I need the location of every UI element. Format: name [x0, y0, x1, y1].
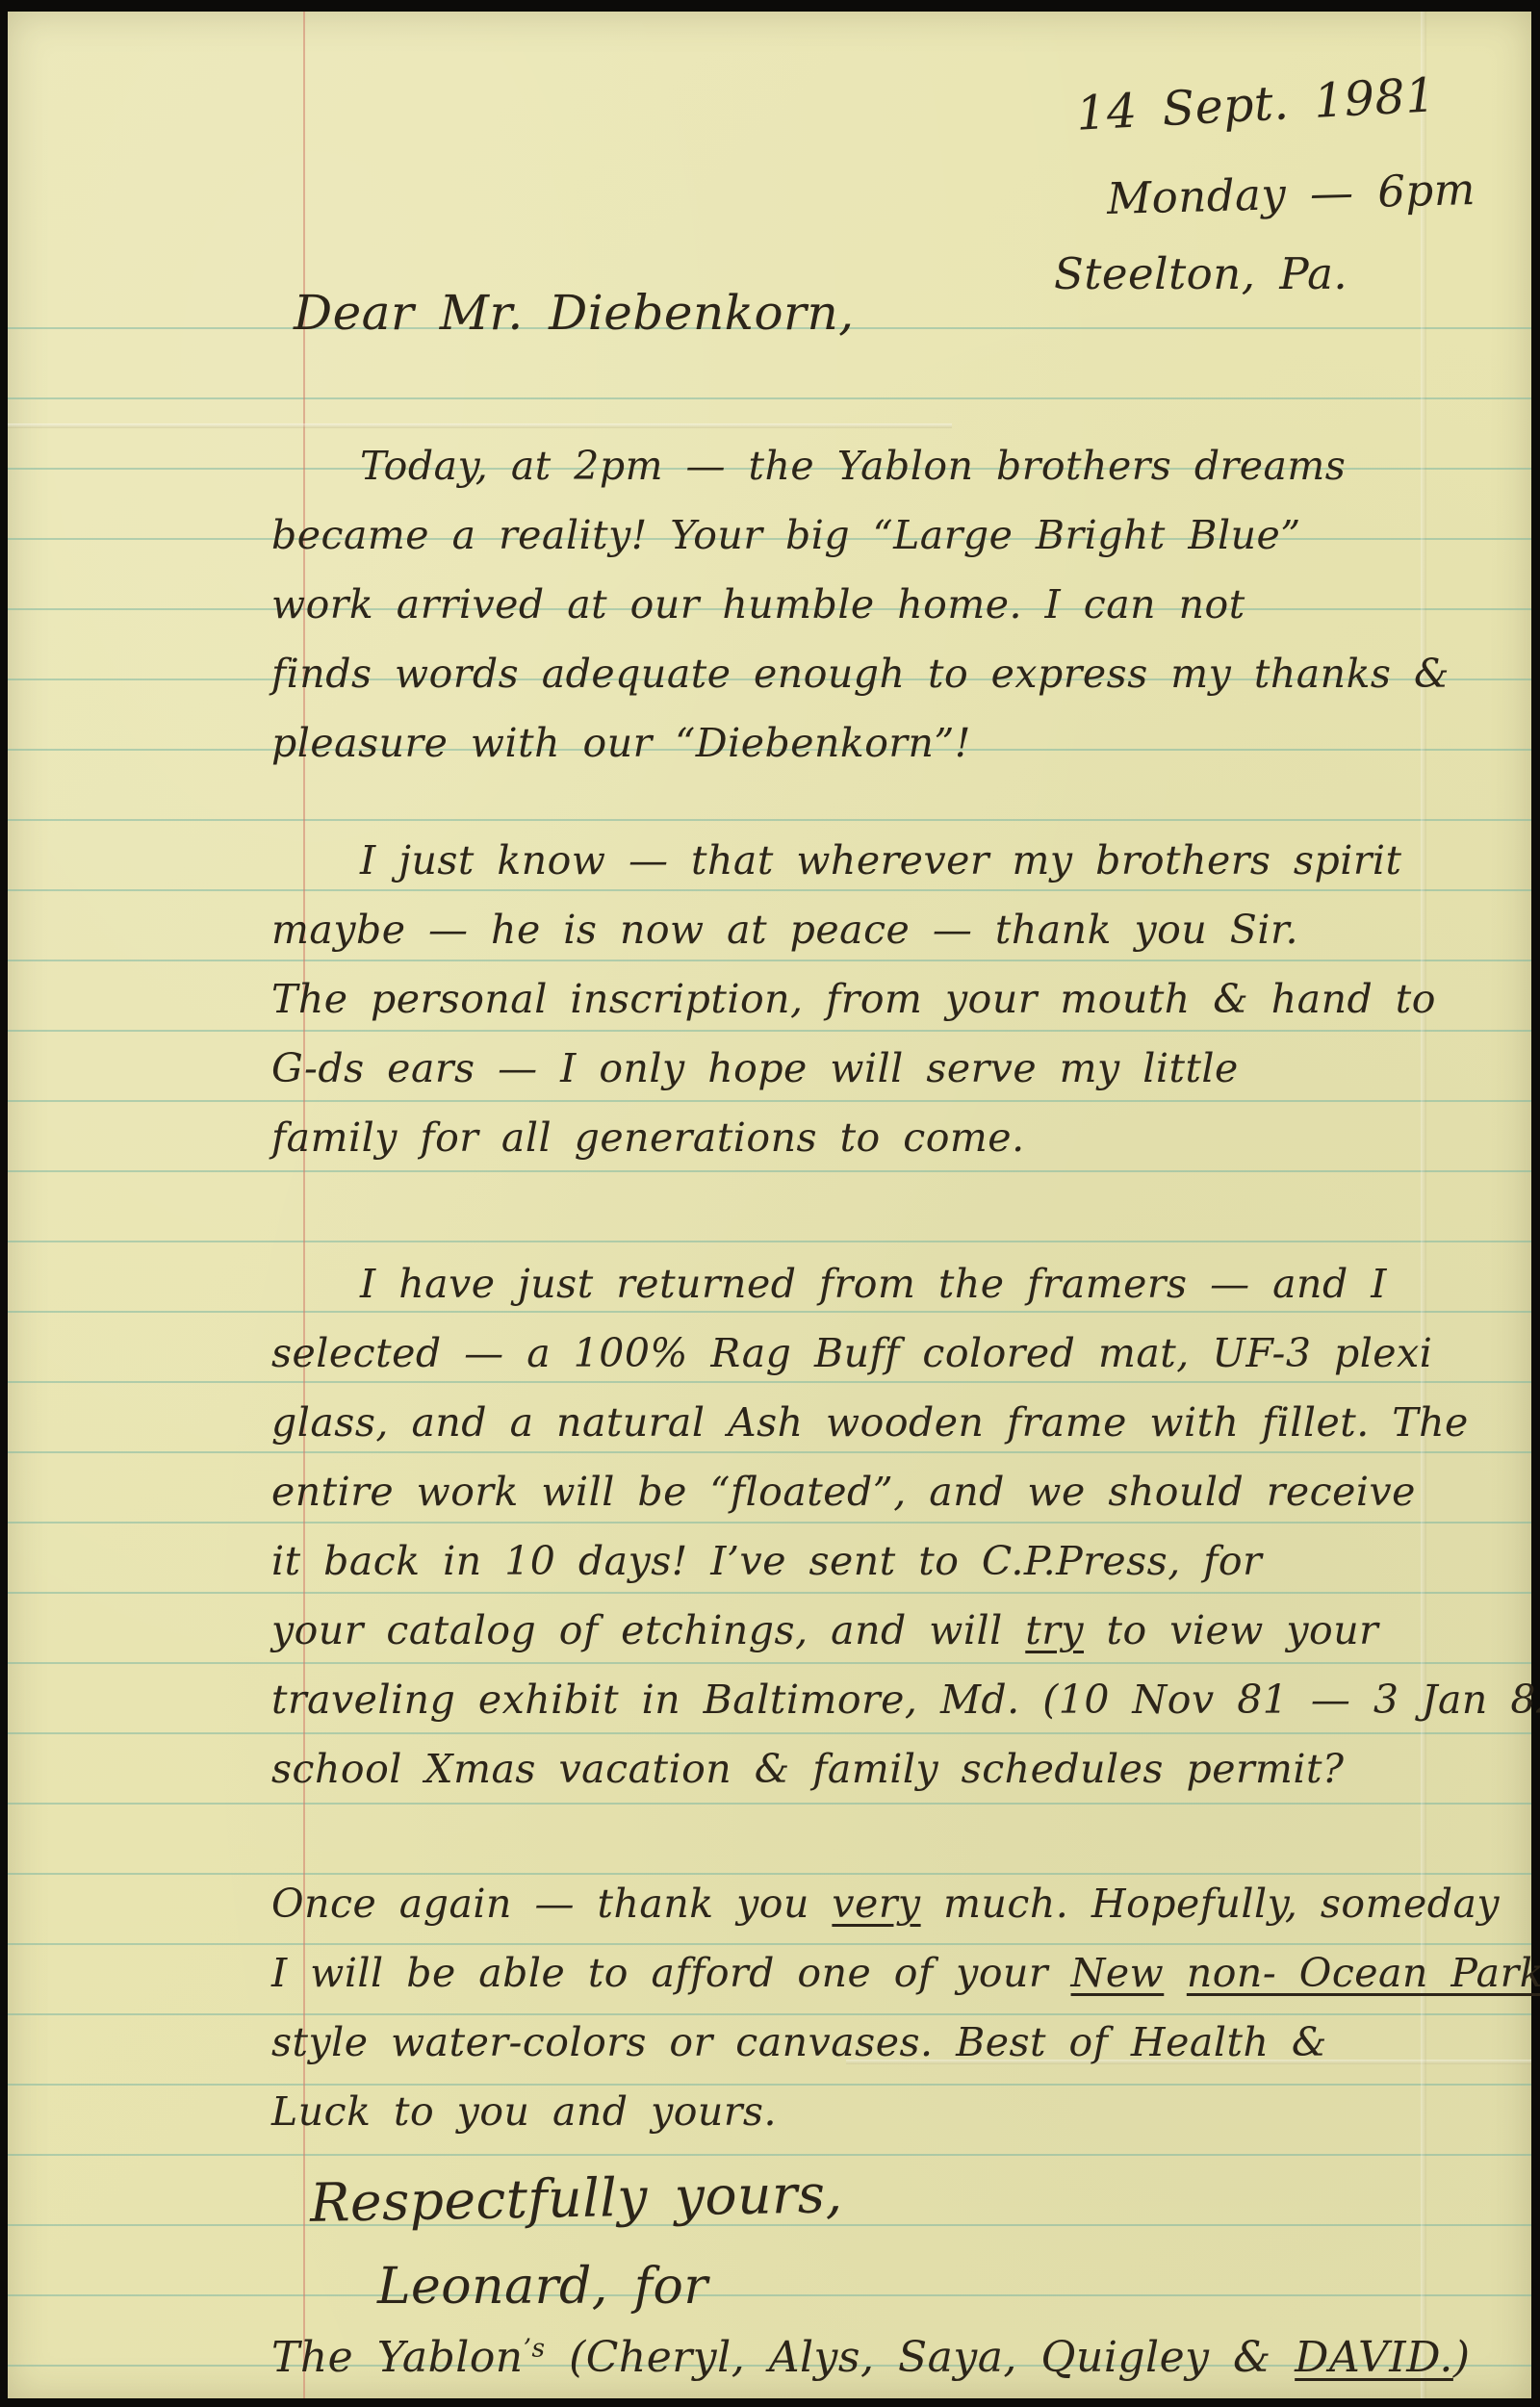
dateline-day-time: Monday — 6pm — [1106, 164, 1476, 224]
letter-line: I just know — that wherever my brothers … — [271, 826, 1436, 895]
text-run: Respectfully yours, — [309, 2163, 843, 2234]
text-run: I have just returned from the framers — … — [360, 1261, 1387, 1307]
letter-line: Once again — thank you very much. Hopefu… — [271, 1869, 1540, 1938]
letter-line: it back in 10 days! I’ve sent to C.P.Pre… — [271, 1526, 1540, 1596]
letter-line: I will be able to afford one of your New… — [271, 1938, 1540, 2008]
letter-line: Luck to you and yours. — [271, 2077, 1540, 2146]
letter-line: style water-colors or canvases. Best of … — [271, 2008, 1540, 2077]
text-run — [1164, 1950, 1187, 1996]
paragraph-3: I have just returned from the framers — … — [271, 1249, 1540, 1804]
text-run: entire work will be “floated”, and we sh… — [271, 1469, 1416, 1515]
text-run: maybe — he is now at peace — thank you S… — [271, 907, 1298, 953]
underlined-text: very — [832, 1881, 920, 1927]
text-run: Luck to you and yours. — [271, 2088, 777, 2135]
text-run: I just know — that wherever my brothers … — [360, 837, 1402, 883]
letter-line: traveling exhibit in Baltimore, Md. (10 … — [271, 1665, 1540, 1734]
letter-line: maybe — he is now at peace — thank you S… — [271, 895, 1436, 964]
letter-line: finds words adequate enough to express m… — [271, 639, 1450, 708]
text-run: much. Hopefully, someday — [921, 1881, 1501, 1927]
text-run: became a reality! Your big “Large Bright… — [271, 512, 1301, 558]
paragraph-4: Once again — thank you very much. Hopefu… — [271, 1869, 1540, 2146]
text-run: finds words adequate enough to express m… — [271, 651, 1450, 697]
letter-line: The personal inscription, from your mout… — [271, 964, 1436, 1034]
text-run: traveling exhibit in Baltimore, Md. (10 … — [271, 1677, 1540, 1723]
underlined-text: New — [1071, 1950, 1165, 1996]
underlined-text: DAVID. — [1295, 2333, 1453, 2382]
letter-line: became a reality! Your big “Large Bright… — [271, 500, 1450, 570]
paragraph-2: I just know — that wherever my brothers … — [271, 826, 1436, 1172]
letter-line: work arrived at our humble home. I can n… — [271, 570, 1450, 639]
closing-family-names: The Yablon’s (Cheryl, Alys, Saya, Quigle… — [271, 2333, 1471, 2382]
text-run: Once again — thank you — [271, 1881, 832, 1927]
text-run: work arrived at our humble home. I can n… — [271, 581, 1245, 627]
text-run: I will be able to afford one of your — [271, 1950, 1071, 1996]
text-run: ’s — [524, 2333, 546, 2363]
letter-line: Today, at 2pm — the Yablon brothers drea… — [271, 431, 1450, 500]
text-run: your catalog of etchings, and will — [271, 1607, 1025, 1653]
text-run: glass, and a natural Ash wooden frame wi… — [271, 1399, 1469, 1446]
letter-line: glass, and a natural Ash wooden frame wi… — [271, 1388, 1540, 1457]
text-run: (Cheryl, Alys, Saya, Quigley & — [546, 2333, 1296, 2382]
closing-respectfully: Respectfully yours, — [309, 2163, 843, 2234]
paragraph-1: Today, at 2pm — the Yablon brothers drea… — [271, 431, 1450, 778]
letter-line: selected — a 100% Rag Buff colored mat, … — [271, 1319, 1540, 1388]
letter-line: I have just returned from the framers — … — [271, 1249, 1540, 1319]
letter-line: entire work will be “floated”, and we sh… — [271, 1457, 1540, 1526]
text-run: style water-colors or canvases. Best of … — [271, 2019, 1327, 2065]
text-run: selected — a 100% Rag Buff colored mat, … — [271, 1330, 1432, 1376]
text-run: to view your — [1084, 1607, 1378, 1653]
text-run: pleasure with our “Diebenkorn”! — [271, 720, 971, 766]
closing-signature-leonard: Leonard, for — [377, 2258, 708, 2316]
underlined-text: non- Ocean Park — [1187, 1950, 1540, 1996]
text-run: The Yablon — [271, 2333, 524, 2382]
letter-line: your catalog of etchings, and will try t… — [271, 1596, 1540, 1665]
letter-line: pleasure with our “Diebenkorn”! — [271, 708, 1450, 778]
salutation: Dear Mr. Diebenkorn, — [294, 285, 855, 341]
letter-line: school Xmas vacation & family schedules … — [271, 1734, 1540, 1804]
letter-line: G-ds ears — I only hope will serve my li… — [271, 1034, 1436, 1103]
text-run: school Xmas vacation & family schedules … — [271, 1746, 1345, 1792]
text-run: G-ds ears — I only hope will serve my li… — [271, 1045, 1239, 1091]
text-run: family for all generations to come. — [271, 1114, 1025, 1161]
text-run: The personal inscription, from your mout… — [271, 976, 1436, 1022]
dateline-place: Steelton, Pa. — [1054, 248, 1347, 299]
text-run: Today, at 2pm — the Yablon brothers drea… — [360, 443, 1346, 489]
text-run: ) — [1453, 2333, 1471, 2382]
horizontal-fold-crease — [8, 423, 952, 428]
text-run: Leonard, for — [377, 2258, 708, 2316]
text-run: it back in 10 days! I’ve sent to C.P.Pre… — [271, 1538, 1262, 1584]
scanned-letter-page: 14 Sept. 1981 Monday — 6pm Steelton, Pa.… — [0, 0, 1540, 2407]
underlined-text: try — [1025, 1607, 1084, 1653]
letter-line: family for all generations to come. — [271, 1103, 1436, 1172]
